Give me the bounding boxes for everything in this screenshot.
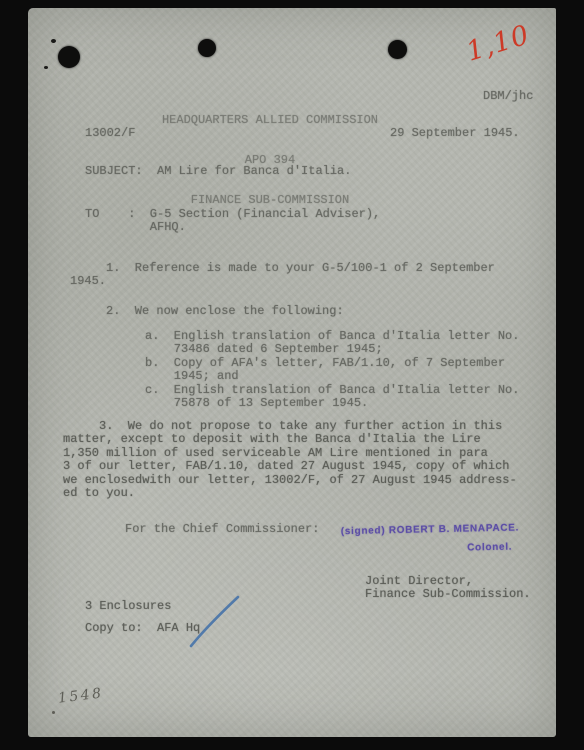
to-block: TO : G-5 Section (Financial Adviser), AF…	[85, 208, 380, 235]
punch-hole-left	[58, 46, 80, 68]
copy-note: Copy to: AFA Hq	[85, 622, 200, 635]
letter-date: 29 September 1945.	[390, 127, 520, 140]
pencil-dot	[52, 711, 55, 714]
blue-pen-checkmark	[186, 594, 248, 650]
scanned-letter-page: 1,10 HEADQUARTERS ALLIED COMMISSION APO …	[28, 8, 556, 737]
paragraph-3: 3. We do not propose to take any further…	[63, 420, 517, 500]
paragraph-2: 2. We now enclose the following:	[70, 305, 344, 318]
stamp-rank: Colonel.	[467, 540, 551, 556]
reference-initials: DBM/jhc	[483, 90, 533, 103]
subject-line: SUBJECT: AM Lire for Banca d'Italia.	[85, 165, 351, 178]
punch-hole-center	[198, 39, 216, 57]
signature-stamp: (signed) ROBERT B. MENAPACE. Colonel.	[341, 521, 552, 558]
paper-speck	[51, 39, 56, 43]
punch-hole-right	[388, 40, 407, 59]
letterhead-line3: FINANCE SUB-COMMISSION	[28, 194, 512, 207]
paragraph-1: 1. Reference is made to your G-5/100-1 o…	[70, 262, 495, 289]
handwritten-red-annotation: 1,10	[463, 19, 533, 67]
enclosures-note: 3 Enclosures	[85, 600, 171, 613]
file-number: 13002/F	[85, 127, 135, 140]
pencil-archive-number: 1548	[57, 685, 104, 706]
stamp-signed-name: (signed) ROBERT B. MENAPACE.	[341, 522, 520, 537]
closing-line: For the Chief Commissioner:	[125, 523, 319, 536]
signature-title-block: Joint Director, Finance Sub-Commission.	[365, 575, 531, 602]
enclosure-list: a. English translation of Banca d'Italia…	[145, 330, 519, 410]
paper-speck	[44, 66, 48, 69]
